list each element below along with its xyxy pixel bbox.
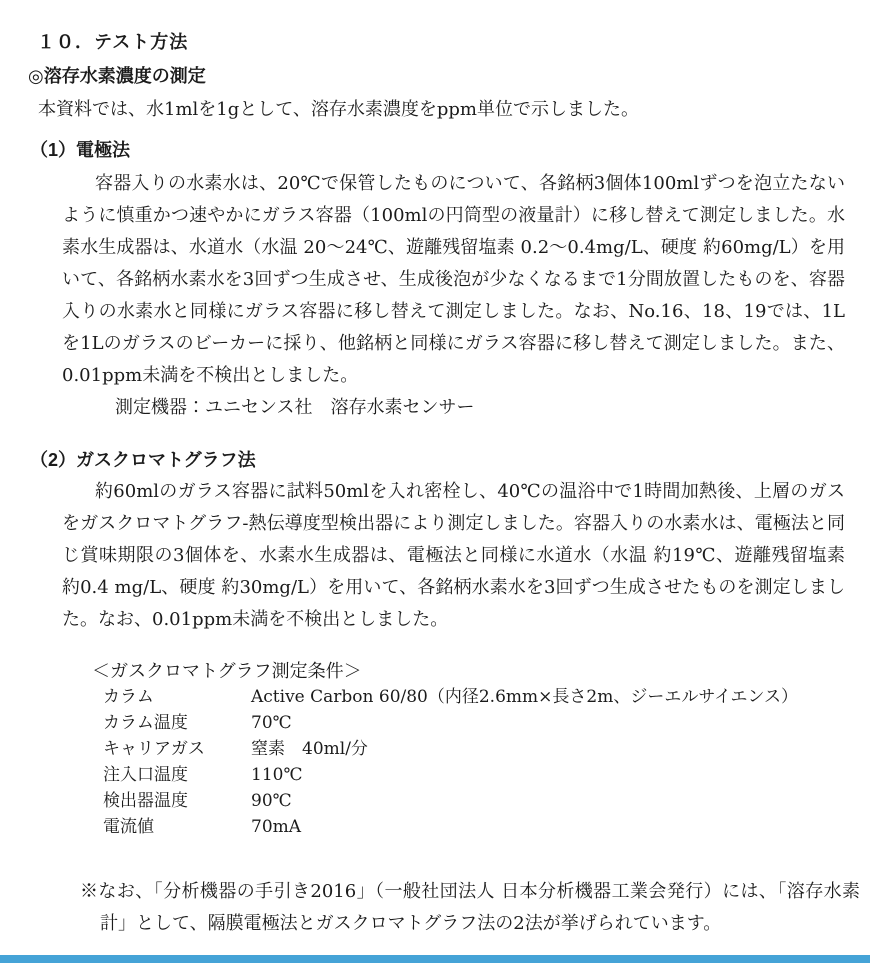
section-2-heading: （2）ガスクロマトグラフ法 [30,448,845,472]
gc-row-value: Active Carbon 60/80（内径2.6mm×長さ2m、ジーエルサイエ… [251,684,845,710]
gc-row-value: 70℃ [251,710,845,736]
gc-row-label: 注入口温度 [103,762,251,788]
gc-row-value: 110℃ [251,762,845,788]
intro-paragraph: 本資料では、水1mlを1gとして、溶存水素濃度をppm単位で示しました。 [38,98,845,122]
gc-row-label: キャリアガス [103,736,251,762]
gc-condition-row: カラム温度 70℃ [103,710,845,736]
gc-row-label: カラム温度 [103,710,251,736]
gc-condition-row: 検出器温度 90℃ [103,788,845,814]
page-title: １０．テスト方法 [37,30,845,54]
gc-row-label: カラム [103,684,251,710]
gc-condition-row: 電流値 70mA [103,814,845,840]
document-page: １０．テスト方法 ◎溶存水素濃度の測定 本資料では、水1mlを1gとして、溶存水… [0,0,870,963]
note-paragraph: ※なお、「分析機器の手引き2016」（一般社団法人 日本分析機器工業会発行）には… [80,876,860,940]
section-1-heading: （1）電極法 [30,138,845,162]
gc-row-label: 検出器温度 [103,788,251,814]
section-2-paragraph: 約60mlのガラス容器に試料50mlを入れ密栓し、40℃の温浴中で1時間加熱後、… [62,476,845,636]
section-1-paragraph: 容器入りの水素水は、20℃で保管したものについて、各銘柄3個体100mlずつを泡… [62,168,845,392]
gc-row-value: 70mA [251,814,845,840]
gc-row-label: 電流値 [103,814,251,840]
gc-row-value: 90℃ [251,788,845,814]
equipment-line: 測定機器：ユニセンス社 溶存水素センサー [115,392,845,424]
gc-condition-row: キャリアガス 窒素 40ml/分 [103,736,845,762]
gc-conditions-heading: ＜ガスクロマトグラフ測定条件＞ [92,660,845,684]
gc-condition-row: 注入口温度 110℃ [103,762,845,788]
gc-row-value: 窒素 40ml/分 [251,736,845,762]
footer-accent-bar [0,955,870,963]
gc-condition-row: カラム Active Carbon 60/80（内径2.6mm×長さ2m、ジーエ… [103,684,845,710]
gc-conditions-table: カラム Active Carbon 60/80（内径2.6mm×長さ2m、ジーエ… [103,684,845,840]
section-subtitle: ◎溶存水素濃度の測定 [28,64,845,88]
